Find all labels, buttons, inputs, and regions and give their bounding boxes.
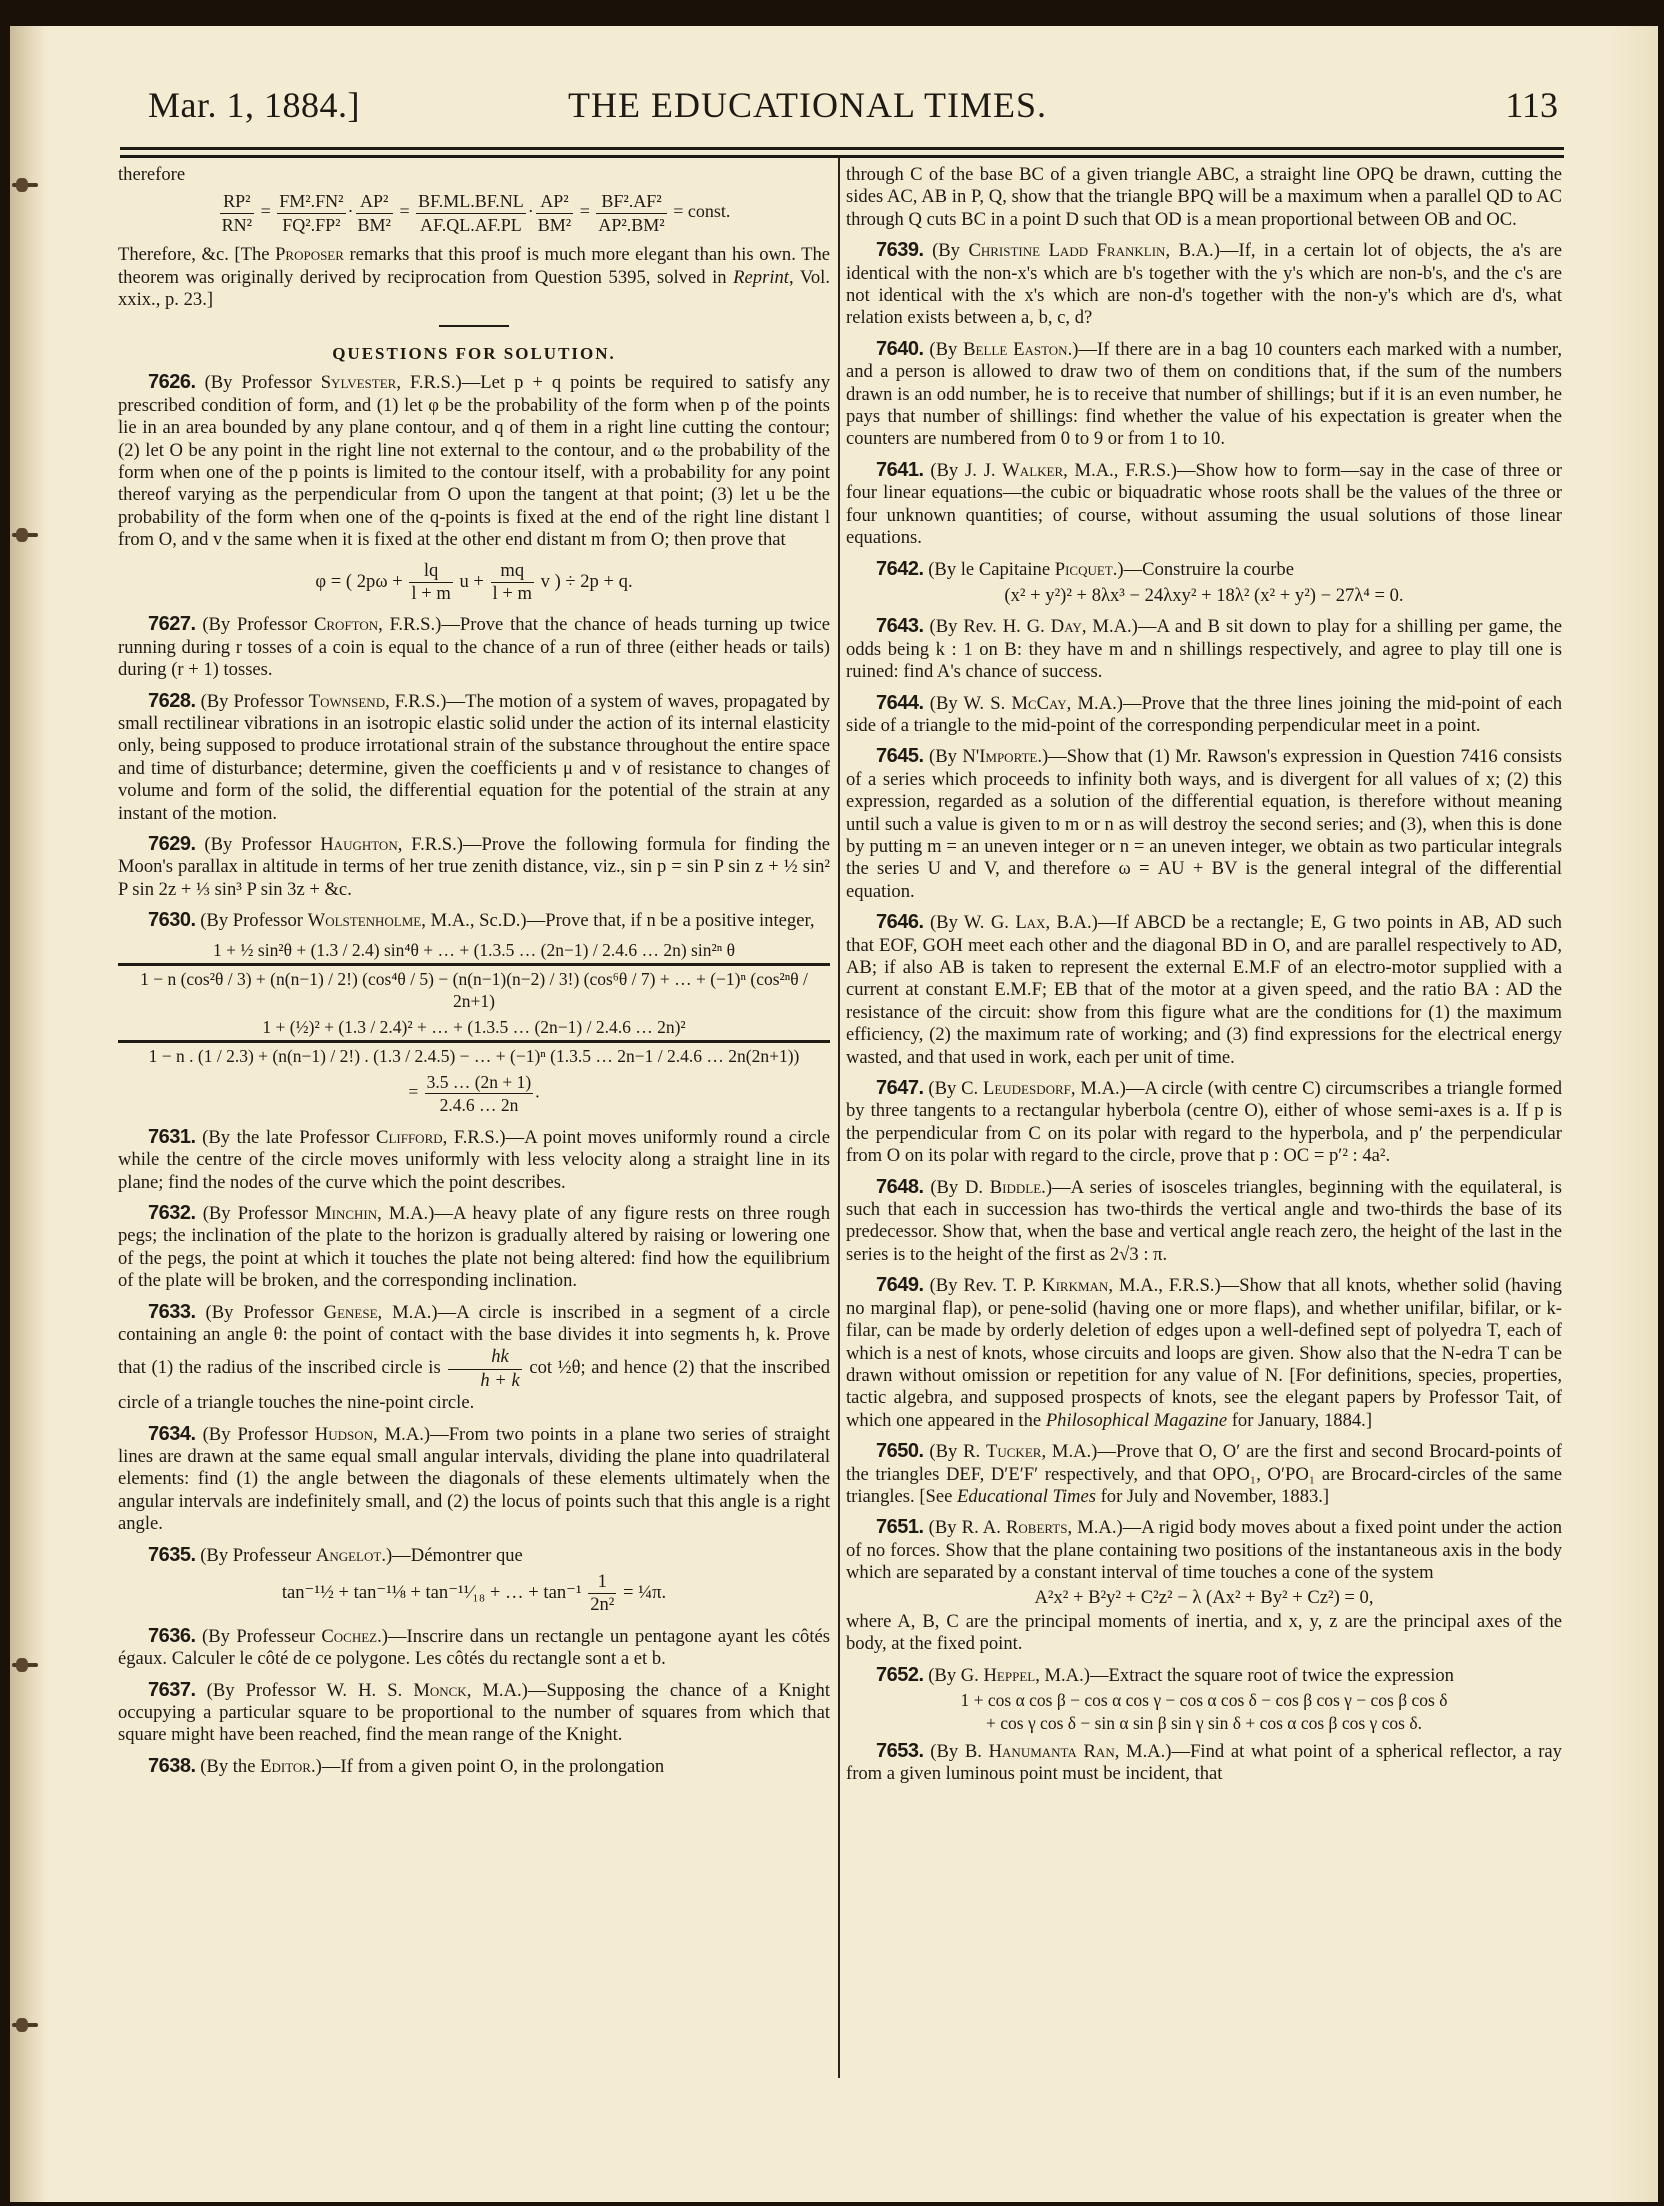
formula-7630: 1 + ½ sin²θ + (1.3 / 2.4) sin⁴θ + … + (1… [118,939,830,1116]
question-7630: 7630. (By Professor Wolstenholme, M.A., … [118,909,830,932]
binding-mark [10,1656,40,1678]
question-7626: 7626. (By Professor Sylvester, F.R.S.)—L… [118,371,830,551]
issue-date: Mar. 1, 1884.] [148,84,360,126]
question-7649: 7649. (By Rev. T. P. Kirkman, M.A., F.R.… [846,1274,1562,1432]
question-7639: 7639. (By Christine Ladd Franklin, B.A.)… [846,239,1562,330]
question-7653: 7653. (By B. Hanumanta Ran, M.A.)—Find a… [846,1740,1562,1786]
binding-mark [10,526,40,548]
question-7651: 7651. (By R. A. Roberts, M.A.)—A rigid b… [846,1516,1562,1584]
formula-7652-line1: 1 + cos α cos β − cos α cos γ − cos α co… [846,1689,1562,1711]
intro-therefore: therefore [118,164,830,186]
question-7646: 7646. (By W. G. Lax, B.A.)—If ABCD be a … [846,911,1562,1069]
question-7644: 7644. (By W. S. McCay, M.A.)—Prove that … [846,692,1562,738]
question-7652: 7652. (By G. Heppel, M.A.)—Extract the s… [846,1664,1562,1687]
question-7642: 7642. (By le Capitaine Picquet.)—Constru… [846,558,1562,581]
question-7636: 7636. (By Professeur Cochez.)—Inscrire d… [118,1625,830,1671]
binding-mark [10,176,40,198]
question-7635: 7635. (By Professeur Angelot.)—Démontrer… [118,1544,830,1567]
question-7634: 7634. (By Professor Hudson, M.A.)—From t… [118,1423,830,1536]
binding-mark [10,2016,40,2038]
binding-spine [10,26,46,2202]
question-7640: 7640. (By Belle Easton.)—If there are in… [846,338,1562,451]
proposer-remark: Therefore, &c. [The Proposer remarks tha… [118,244,830,311]
question-7651-continuation: where A, B, C are the principal moments … [846,1611,1562,1656]
formula-7626: φ = ( 2pω + lql + m u + mql + m v ) ÷ 2p… [118,560,830,606]
question-7648: 7648. (By D. Biddle.)—A series of isosce… [846,1176,1562,1267]
question-7631: 7631. (By the late Professor Clifford, F… [118,1126,830,1194]
right-column: through C of the base BC of a given tria… [846,164,1562,1794]
question-7638: 7638. (By the Editor.)—If from a given p… [118,1755,830,1778]
section-rule [439,325,509,327]
ratio-equation: RP²RN² = FM².FN²FQ².FP²·AP²BM² = BF.ML.B… [118,190,830,236]
question-7645: 7645. (By N'Importe.)—Show that (1) Mr. … [846,745,1562,903]
column-divider [838,158,840,2078]
question-7637: 7637. (By Professor W. H. S. Monck, M.A.… [118,1679,830,1747]
page-number: 113 [1505,84,1558,126]
question-7629: 7629. (By Professor Haughton, F.R.S.)—Pr… [118,833,830,901]
masthead-rule [120,155,1564,158]
publication-title: THE EDUCATIONAL TIMES. [568,84,1047,126]
formula-7635: tan⁻¹½ + tan⁻¹⅛ + tan⁻¹¹⁄₁₈ + … + tan⁻¹ … [118,1571,830,1617]
question-7650: 7650. (By R. Tucker, M.A.)—Prove that O,… [846,1440,1562,1508]
formula-7642: (x² + y²)² + 8λx³ − 24λxy² + 18λ² (x² + … [846,585,1562,607]
question-7643: 7643. (By Rev. H. G. Day, M.A.)—A and B … [846,615,1562,683]
section-heading: QUESTIONS FOR SOLUTION. [118,343,830,365]
formula-7651: A²x² + B²y² + C²z² − λ (Ax² + By² + Cz²)… [846,1587,1562,1609]
left-column: therefore RP²RN² = FM².FN²FQ².FP²·AP²BM²… [118,164,830,1786]
masthead-rule [120,147,1564,150]
masthead: Mar. 1, 1884.] THE EDUCATIONAL TIMES. 11… [148,84,1558,132]
question-7641: 7641. (By J. J. Walker, M.A., F.R.S.)—Sh… [846,459,1562,550]
question-7638-continuation: through C of the base BC of a given tria… [846,164,1562,231]
question-7628: 7628. (By Professor Townsend, F.R.S.)—Th… [118,690,830,825]
question-7633: 7633. (By Professor Genese, M.A.)—A circ… [118,1301,830,1415]
formula-7652-line2: + cos γ cos δ − sin α sin β sin γ sin δ … [846,1712,1562,1734]
question-7647: 7647. (By C. Leudesdorf, M.A.)—A circle … [846,1077,1562,1168]
question-7632: 7632. (By Professor Minchin, M.A.)—A hea… [118,1202,830,1293]
question-7627: 7627. (By Professor Crofton, F.R.S.)—Pro… [118,613,830,681]
